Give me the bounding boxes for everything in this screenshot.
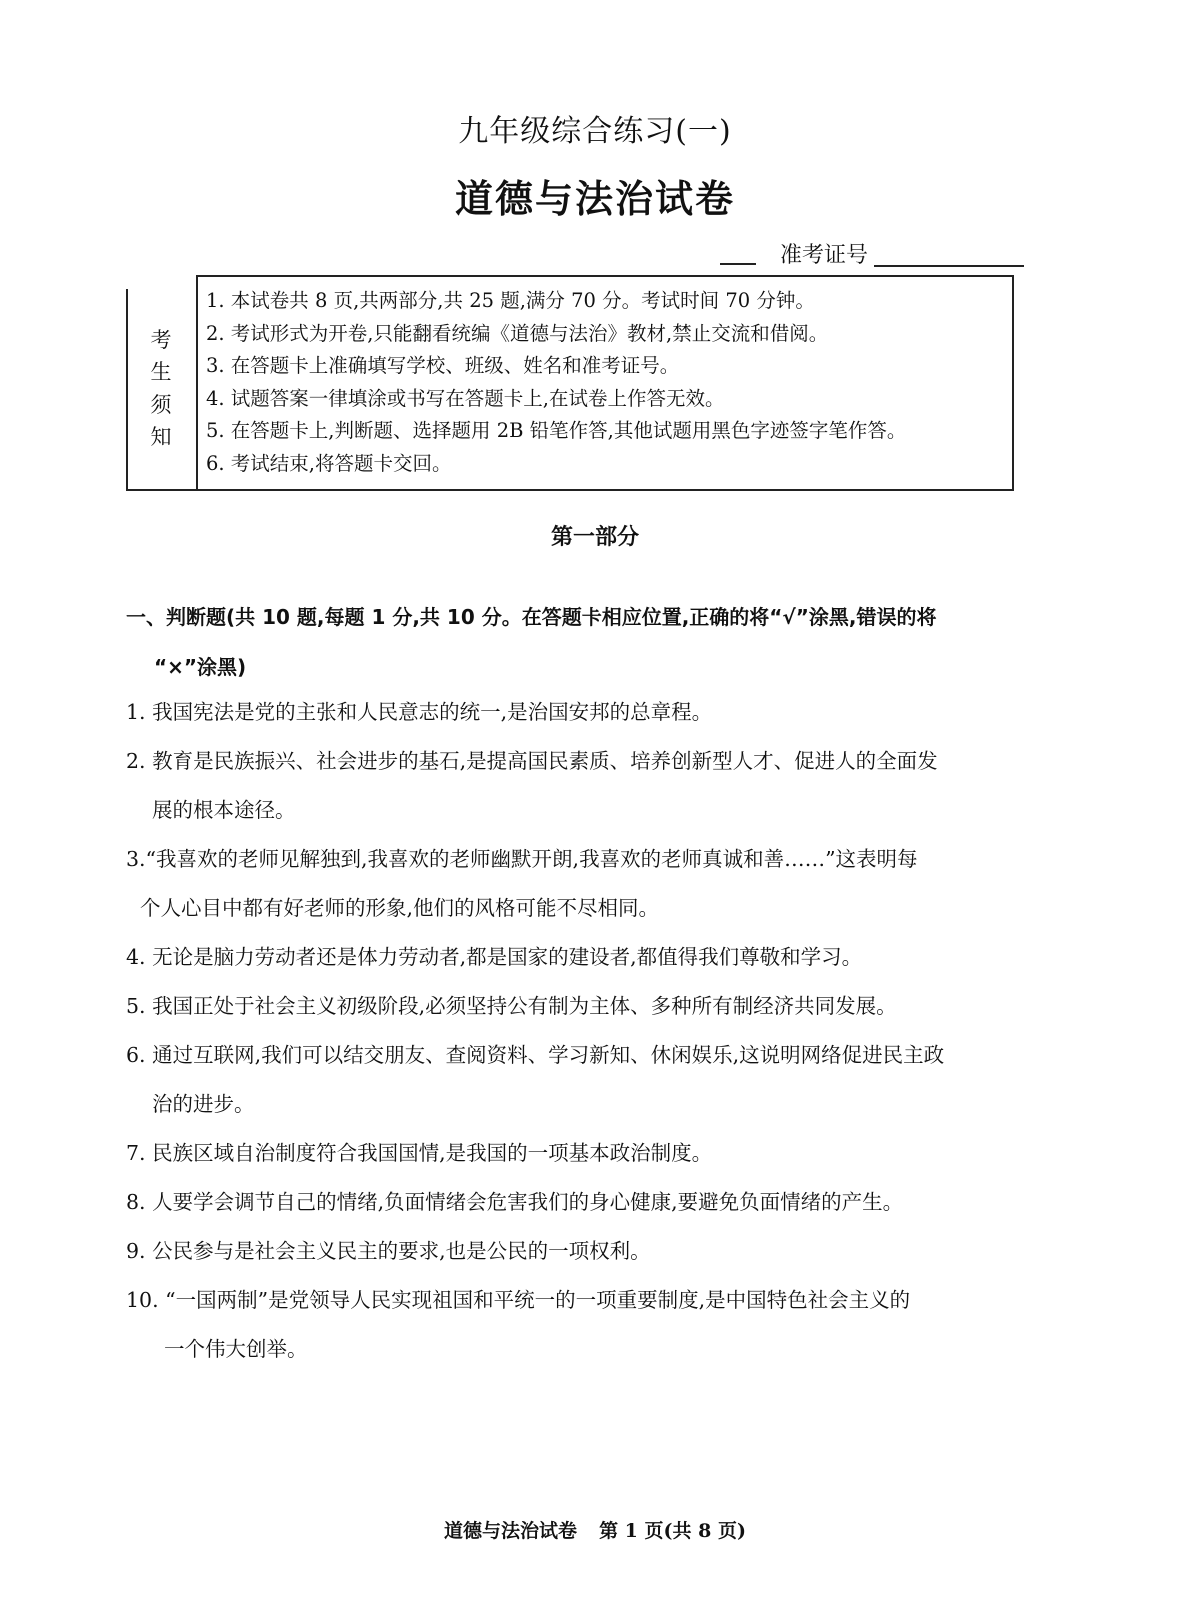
question-item: 9. 公民参与是社会主义民主的要求,也是公民的一项权利。 [126,1227,1016,1276]
question-text-continued: 一个伟大创举。 [126,1325,1016,1374]
question-item: 5. 我国正处于社会主义初级阶段,必须坚持公有制为主体、多种所有制经济共同发展。 [126,982,1016,1031]
notice-rule: 4. 试题答案一律填涂或书写在答题卡上,在试卷上作答无效。 [206,383,1006,416]
notice-rule: 5. 在答题卡上,判断题、选择题用 2B 铅笔作答,其他试题用黑色字迹签字笔作答… [206,415,1006,448]
exam-subtitle: 九年级综合练习(一) [0,106,1190,150]
question-text-continued: 治的进步。 [126,1080,1016,1129]
question-item: 4. 无论是脑力劳动者还是体力劳动者,都是国家的建设者,都值得我们尊敬和学习。 [126,933,1016,982]
question-text: 3.“我喜欢的老师见解独到,我喜欢的老师幽默开朗,我喜欢的老师真诚和善……”这表… [126,835,1016,884]
question-item: 1. 我国宪法是党的主张和人民意志的统一,是治国安邦的总章程。 [126,688,1016,737]
exam-id-blank-line [874,245,1024,267]
question-text: 1. 我国宪法是党的主张和人民意志的统一,是治国安邦的总章程。 [126,688,1016,737]
exam-id-field: 准考证号 [720,238,1024,269]
name-blank-line [720,263,756,265]
question-text: 5. 我国正处于社会主义初级阶段,必须坚持公有制为主体、多种所有制经济共同发展。 [126,982,1016,1031]
notice-rule: 2. 考试形式为开卷,只能翻看统编《道德与法治》教材,禁止交流和借阅。 [206,318,1006,351]
exam-title: 道德与法治试卷 [0,168,1190,223]
notice-label-char: 知 [151,421,172,454]
question-item: 8. 人要学会调节自己的情绪,负面情绪会危害我们的身心健康,要避免负面情绪的产生… [126,1178,1016,1227]
notice-label-char: 须 [151,389,172,422]
question-text: 2. 教育是民族振兴、社会进步的基石,是提高国民素质、培养创新型人才、促进人的全… [126,737,1016,786]
question-text: 8. 人要学会调节自己的情绪,负面情绪会危害我们的身心健康,要避免负面情绪的产生… [126,1178,1016,1227]
question-text: 6. 通过互联网,我们可以结交朋友、查阅资料、学习新知、休闲娱乐,这说明网络促进… [126,1031,1016,1080]
question-text-continued: 展的根本途径。 [126,786,1016,835]
candidate-notice-box: 考 生 须 知 1. 本试卷共 8 页,共两部分,共 25 题,满分 70 分。… [126,275,1014,491]
exam-id-label: 准考证号 [780,238,868,269]
section-instructions: 一、判断题(共 10 题,每题 1 分,共 10 分。在答题卡相应位置,正确的将… [126,592,1016,692]
notice-rule: 1. 本试卷共 8 页,共两部分,共 25 题,满分 70 分。考试时间 70 … [206,285,1006,318]
question-item: 6. 通过互联网,我们可以结交朋友、查阅资料、学习新知、休闲娱乐,这说明网络促进… [126,1031,1016,1129]
question-item: 7. 民族区域自治制度符合我国国情,是我国的一项基本政治制度。 [126,1129,1016,1178]
notice-rule: 3. 在答题卡上准确填写学校、班级、姓名和准考证号。 [206,350,1006,383]
notice-border-top [196,275,1014,277]
notice-label-char: 考 [151,324,172,357]
notice-label-char: 生 [151,356,172,389]
question-text: 4. 无论是脑力劳动者还是体力劳动者,都是国家的建设者,都值得我们尊敬和学习。 [126,933,1016,982]
footer-paper-name: 道德与法治试卷 [444,1520,577,1542]
question-text: 7. 民族区域自治制度符合我国国情,是我国的一项基本政治制度。 [126,1129,1016,1178]
notice-rules: 1. 本试卷共 8 页,共两部分,共 25 题,满分 70 分。考试时间 70 … [206,285,1006,480]
footer-page-info: 第 1 页(共 8 页) [599,1520,746,1542]
part-heading: 第一部分 [0,520,1190,551]
notice-rule: 6. 考试结束,将答题卡交回。 [206,448,1006,481]
question-text-continued: 个人心目中都有好老师的形象,他们的风格可能不尽相同。 [126,884,1016,933]
question-list: 1. 我国宪法是党的主张和人民意志的统一,是治国安邦的总章程。 2. 教育是民族… [126,688,1016,1374]
notice-label: 考 生 须 知 [126,291,196,454]
question-item: 2. 教育是民族振兴、社会进步的基石,是提高国民素质、培养创新型人才、促进人的全… [126,737,1016,835]
notice-divider [196,275,198,489]
section-instructions-line: 一、判断题(共 10 题,每题 1 分,共 10 分。在答题卡相应位置,正确的将… [126,592,1016,642]
question-text: 9. 公民参与是社会主义民主的要求,也是公民的一项权利。 [126,1227,1016,1276]
page-footer: 道德与法治试卷第 1 页(共 8 页) [0,1516,1190,1543]
notice-border-right [1012,275,1014,489]
question-item: 3.“我喜欢的老师见解独到,我喜欢的老师幽默开朗,我喜欢的老师真诚和善……”这表… [126,835,1016,933]
question-item: 10. “一国两制”是党领导人民实现祖国和平统一的一项重要制度,是中国特色社会主… [126,1276,1016,1374]
section-instructions-line: “×”涂黑) [126,642,1016,692]
question-text: 10. “一国两制”是党领导人民实现祖国和平统一的一项重要制度,是中国特色社会主… [126,1276,1016,1325]
